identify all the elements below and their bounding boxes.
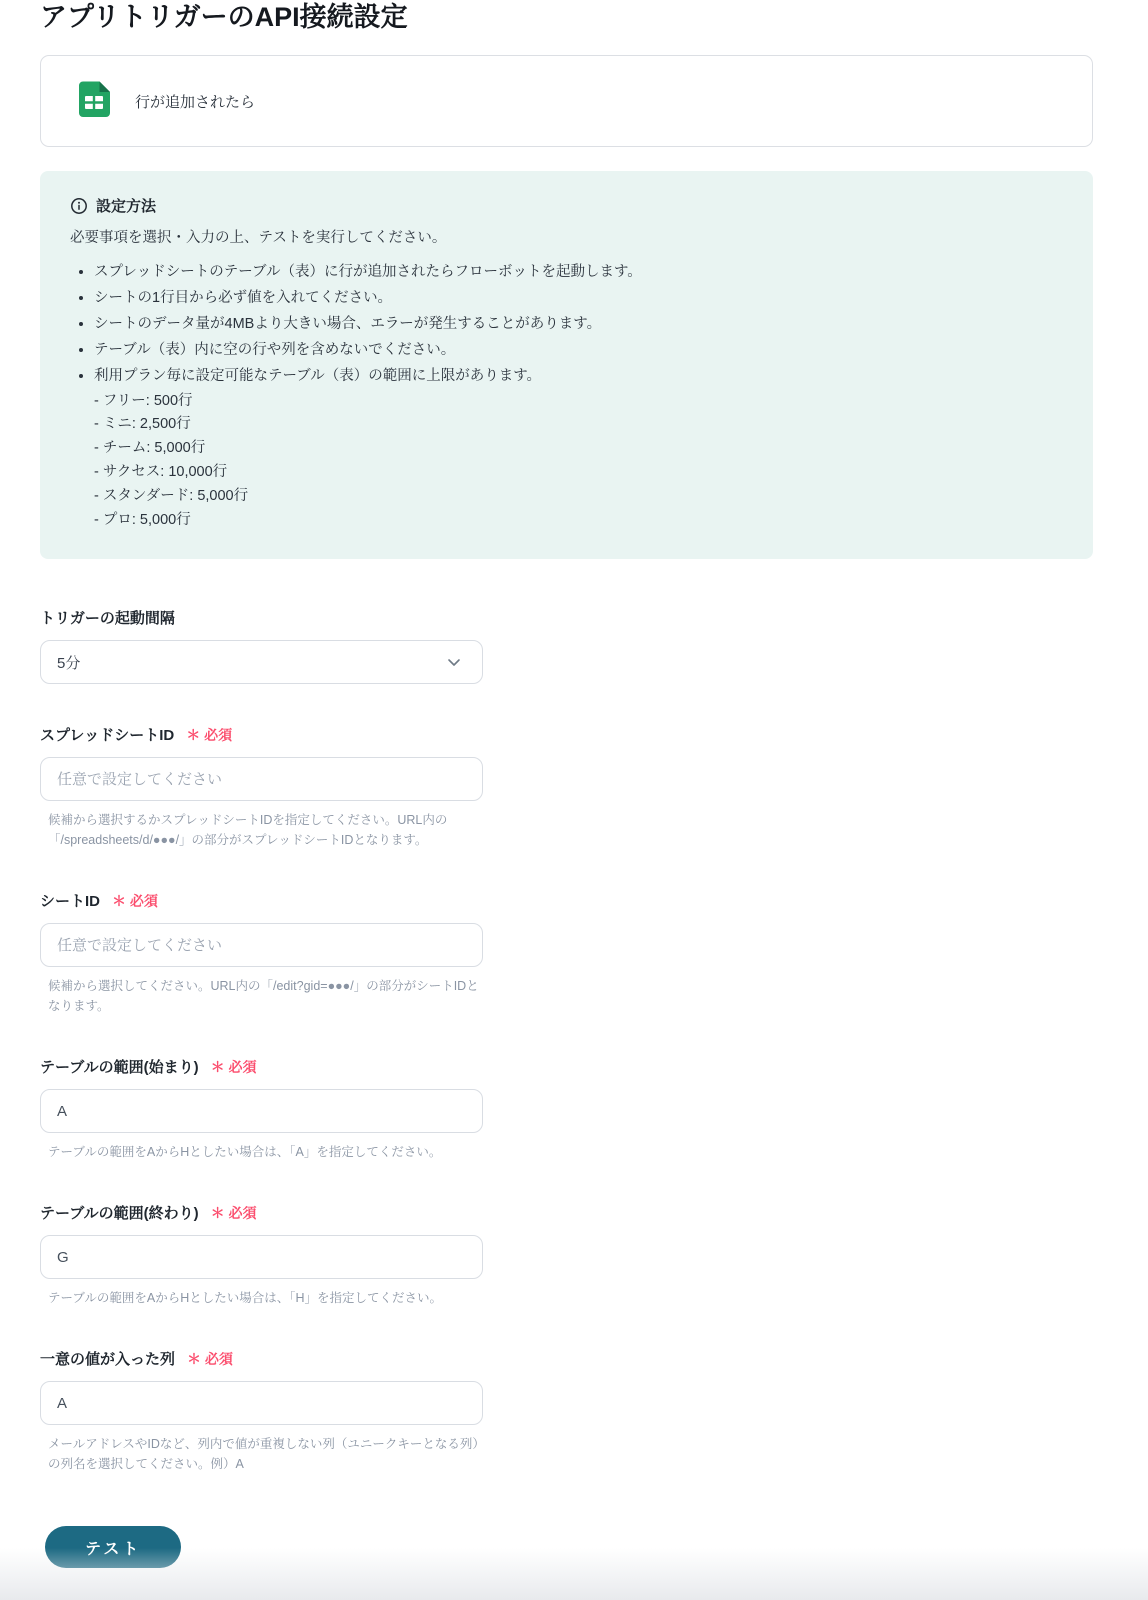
google-sheets-icon: [75, 80, 113, 123]
trigger-interval-label: トリガーの起動間隔: [40, 607, 175, 628]
spreadsheet-id-help: 候補から選択するかスプレッドシートIDを指定してください。URL内の「/spre…: [48, 810, 483, 850]
spreadsheet-id-input[interactable]: [40, 757, 483, 801]
trigger-interval-select[interactable]: 5分: [40, 640, 483, 684]
plan-limit-item: - チーム: 5,000行: [94, 437, 1063, 461]
info-bullet: シートのデータ量が4MBより大きい場合、エラーが発生することがあります。: [94, 311, 1063, 337]
required-badge: ＊ 必須: [211, 1203, 257, 1223]
info-icon: [70, 197, 88, 215]
required-badge: ＊ 必須: [112, 891, 158, 911]
plan-limit-item: - プロ: 5,000行: [94, 509, 1063, 533]
plan-limit-item: - スタンダード: 5,000行: [94, 485, 1063, 509]
info-bullet: スプレッドシートのテーブル（表）に行が追加されたらフローボットを起動します。: [94, 259, 1063, 285]
required-badge: ＊ 必須: [187, 1349, 233, 1369]
sheet-id-label: シートID: [40, 890, 100, 911]
info-bullet: 利用プラン毎に設定可能なテーブル（表）の範囲に上限があります。: [94, 363, 1063, 389]
info-box-title: 設定方法: [96, 195, 156, 216]
table-range-start-label: テーブルの範囲(始まり): [40, 1056, 199, 1077]
unique-value-column-help: メールアドレスやIDなど、列内で値が重複しない列（ユニークキーとなる列）の列名を…: [48, 1434, 483, 1474]
info-intro: 必要事項を選択・入力の上、テストを実行してください。: [70, 226, 1063, 247]
app-trigger-settings-page: アプリトリガーのAPI接続設定 行が追加されたら: [0, 0, 1148, 1600]
trigger-card[interactable]: 行が追加されたら: [40, 55, 1093, 147]
field-table-range-end: テーブルの範囲(終わり) ＊ 必須 テーブルの範囲をAからHとしたい場合は、「H…: [40, 1202, 483, 1308]
required-badge: ＊ 必須: [186, 725, 232, 745]
unique-value-column-label: 一意の値が入った列: [40, 1348, 175, 1369]
field-trigger-interval: トリガーの起動間隔 5分: [40, 607, 483, 684]
field-spreadsheet-id: スプレッドシートID ＊ 必須 候補から選択するかスプレッドシートIDを指定して…: [40, 724, 483, 850]
table-range-end-label: テーブルの範囲(終わり): [40, 1202, 199, 1223]
table-range-end-input[interactable]: [40, 1235, 483, 1279]
plan-limit-item: - サクセス: 10,000行: [94, 461, 1063, 485]
unique-value-column-input[interactable]: [40, 1381, 483, 1425]
trigger-title: 行が追加されたら: [135, 91, 255, 112]
info-bullet-list: スプレッドシートのテーブル（表）に行が追加されたらフローボットを起動します。 シ…: [70, 259, 1063, 389]
plan-limit-item: - ミニ: 2,500行: [94, 413, 1063, 437]
table-range-start-input[interactable]: [40, 1089, 483, 1133]
sheet-id-input[interactable]: [40, 923, 483, 967]
field-table-range-start: テーブルの範囲(始まり) ＊ 必須 テーブルの範囲をAからHとしたい場合は、「A…: [40, 1056, 483, 1162]
spreadsheet-id-label: スプレッドシートID: [40, 724, 174, 745]
field-unique-value-column: 一意の値が入った列 ＊ 必須 メールアドレスやIDなど、列内で値が重複しない列（…: [40, 1348, 483, 1474]
sheet-id-help: 候補から選択してください。URL内の「/edit?gid=●●●/」の部分がシー…: [48, 976, 483, 1016]
info-bullet: テーブル（表）内に空の行や列を含めないでください。: [94, 337, 1063, 363]
chevron-down-icon: [446, 654, 462, 670]
info-box: 設定方法 必要事項を選択・入力の上、テストを実行してください。 スプレッドシート…: [40, 171, 1093, 559]
plan-limit-list: - フリー: 500行 - ミニ: 2,500行 - チーム: 5,000行 -…: [70, 390, 1063, 534]
info-bullet: シートの1行目から必ず値を入れてください。: [94, 285, 1063, 311]
plan-limit-item: - フリー: 500行: [94, 390, 1063, 414]
trigger-interval-value: 5分: [57, 652, 80, 673]
page-title: アプリトリガーのAPI接続設定: [40, 2, 1093, 33]
table-range-start-help: テーブルの範囲をAからHとしたい場合は、「A」を指定してください。: [48, 1142, 483, 1162]
table-range-end-help: テーブルの範囲をAからHとしたい場合は、「H」を指定してください。: [48, 1288, 483, 1308]
required-badge: ＊ 必須: [211, 1057, 257, 1077]
field-sheet-id: シートID ＊ 必須 候補から選択してください。URL内の「/edit?gid=…: [40, 890, 483, 1016]
footer-area: テスト: [40, 1526, 1093, 1568]
test-button[interactable]: テスト: [45, 1526, 181, 1568]
